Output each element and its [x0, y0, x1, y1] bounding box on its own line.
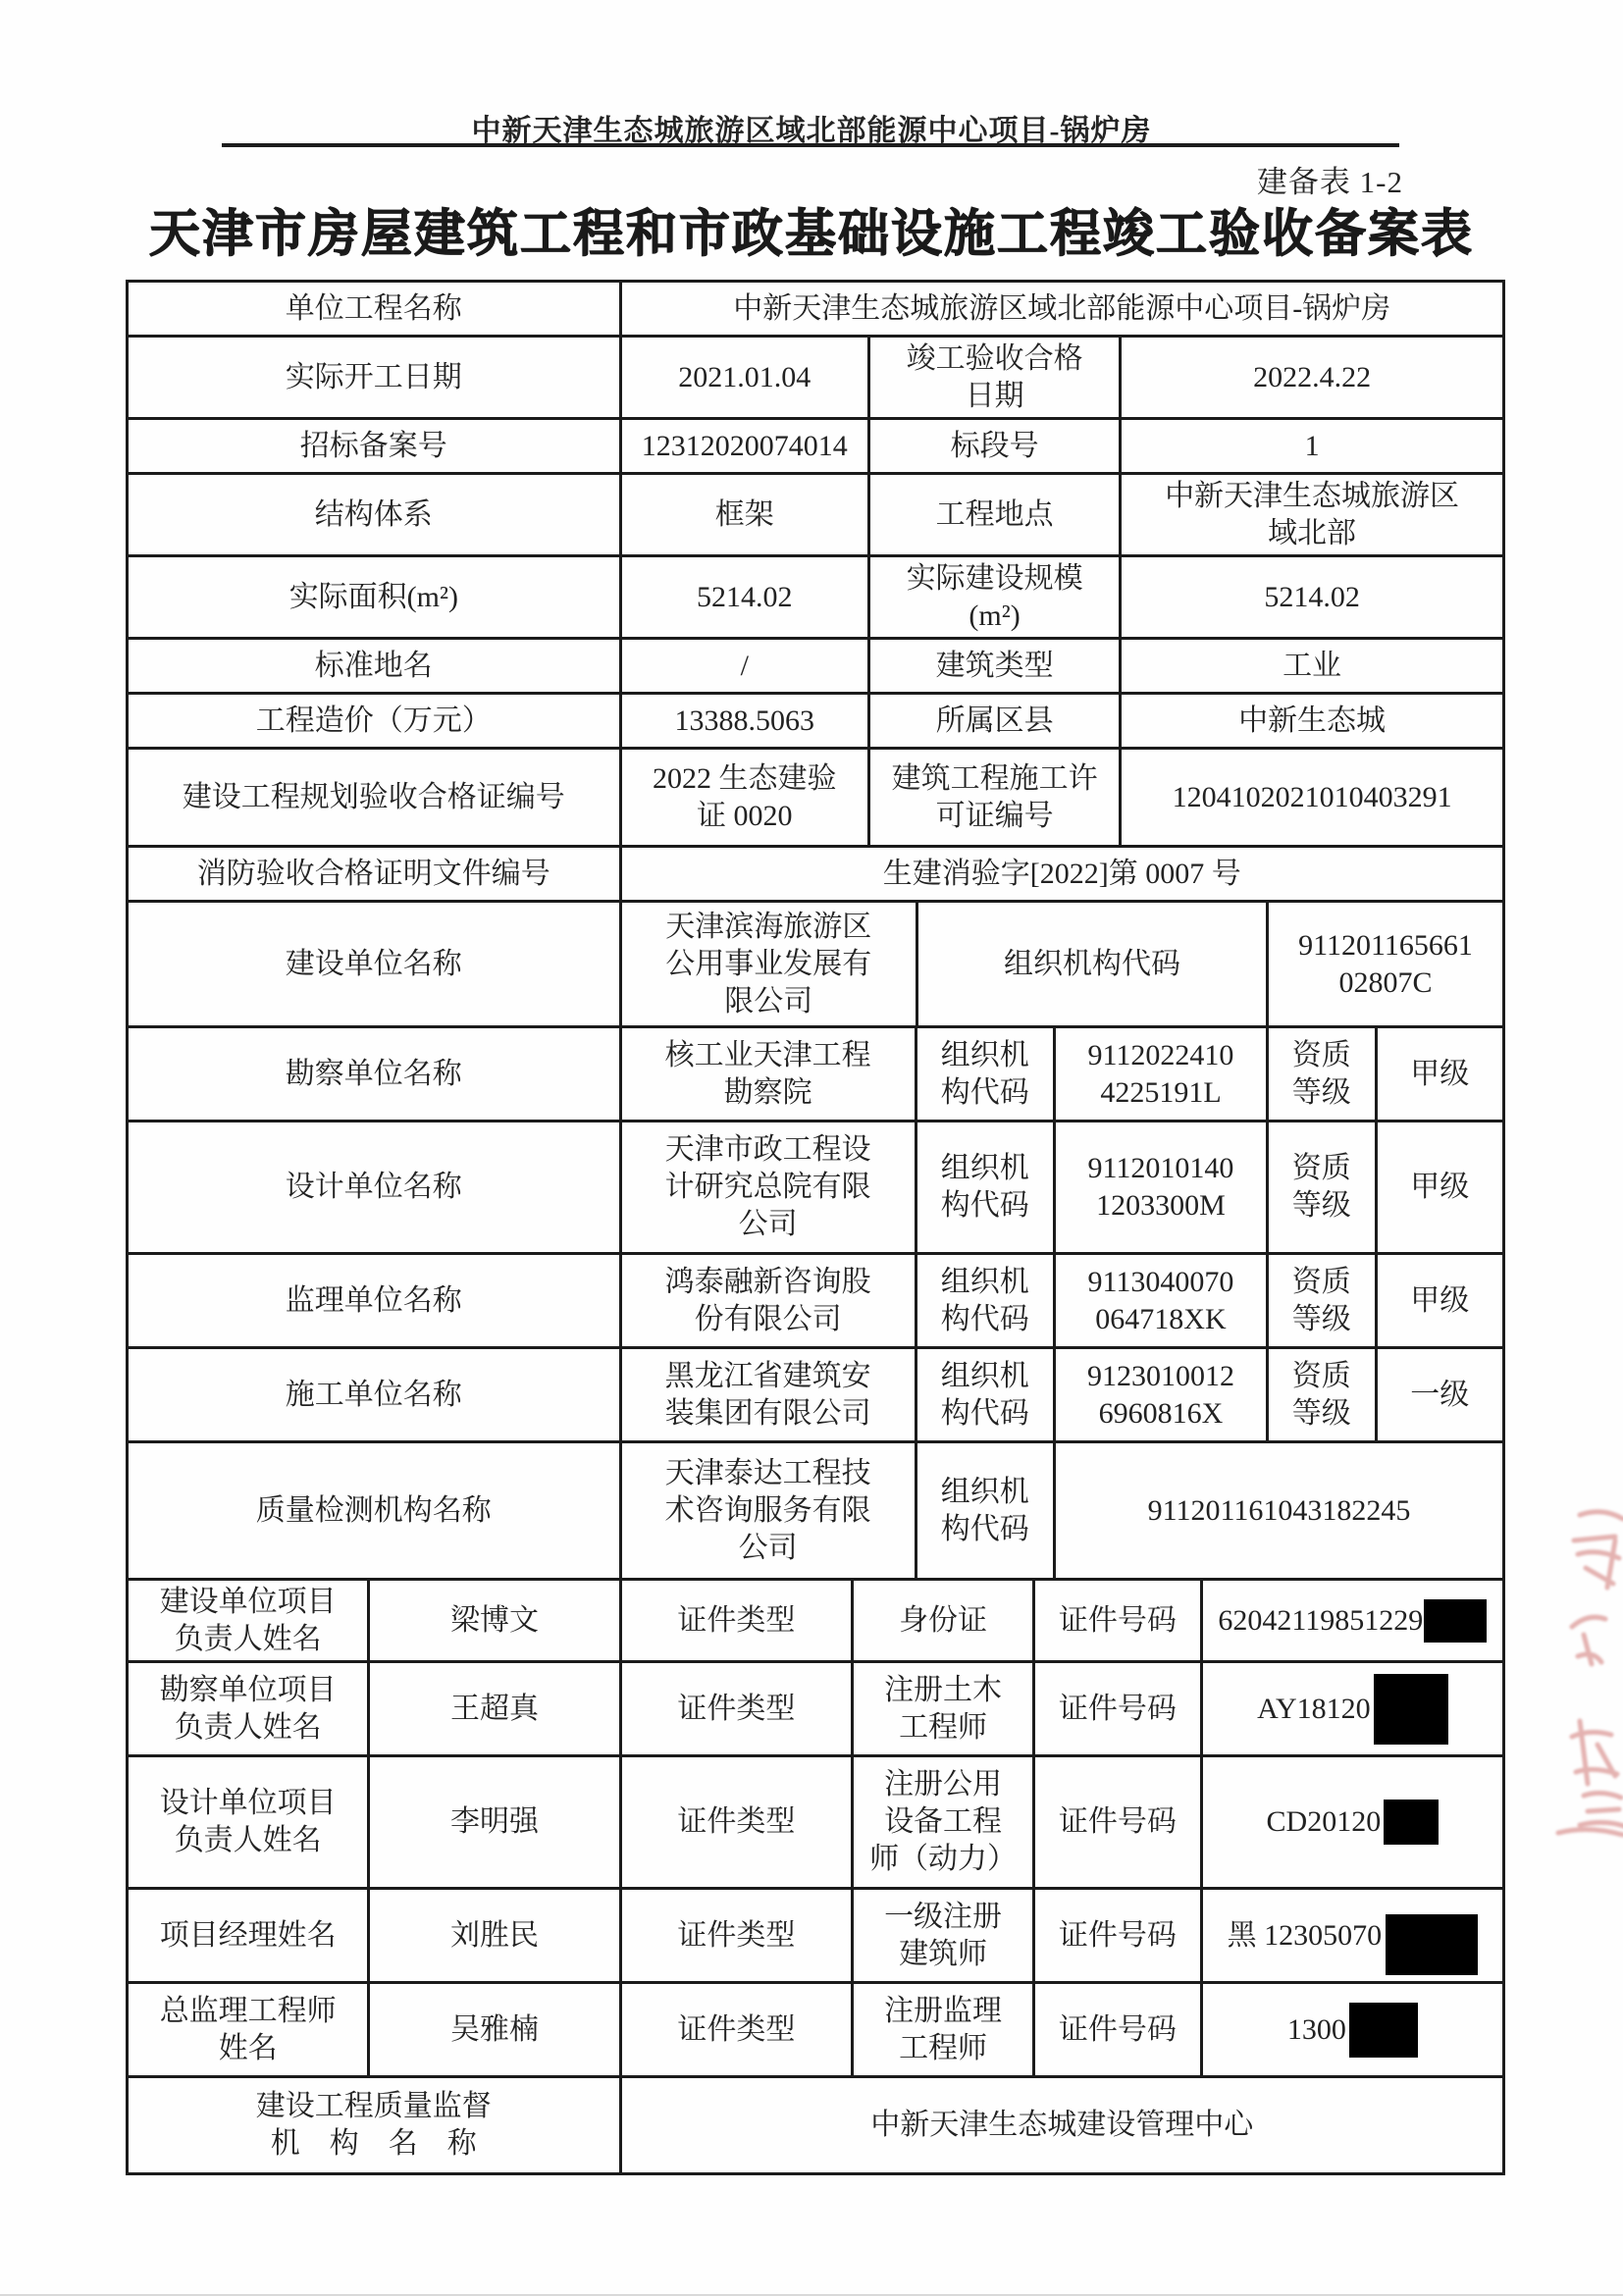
row-label: 实际面积(m²) [129, 557, 622, 637]
row-label: 所属区县 [870, 695, 1122, 747]
row-label: 证件类型 [622, 1890, 855, 1981]
row-label: 实际建设规模 (m²) [870, 557, 1122, 637]
row-label: 证件类型 [622, 1757, 855, 1887]
cell-value: 王超真 [370, 1663, 621, 1754]
row-label: 组织机构代码 [918, 903, 1269, 1025]
cell-value: 5214.02 [622, 557, 870, 637]
row-label: 证件号码 [1035, 1757, 1203, 1887]
row-label: 组织机 构代码 [917, 1443, 1056, 1578]
redaction-box [1384, 1800, 1439, 1845]
cell-value: / [622, 640, 870, 692]
id-number-text: CD20120 [1267, 1803, 1382, 1841]
row-label: 建筑工程施工许 可证编号 [870, 750, 1122, 845]
table-row-client-project-leader: 建设单位项目 负责人姓名 梁博文 证件类型 身份证 证件号码 620421198… [129, 1581, 1502, 1663]
cell-value: 1204102021010403291 [1122, 750, 1502, 845]
cell-value: 9123010012 6960816X [1056, 1349, 1269, 1440]
cell-value: 甲级 [1378, 1255, 1502, 1346]
cell-value: 中新生态城 [1122, 695, 1502, 747]
table-row-bid-record-no: 招标备案号 12312020074014 标段号 1 [129, 420, 1502, 475]
table-row-construction-client-unit: 建设单位名称 天津滨海旅游区 公用事业发展有 限公司 组织机构代码 911201… [129, 903, 1502, 1028]
id-number-text: 黑 12305070 [1228, 1917, 1383, 1955]
row-label: 勘察单位名称 [129, 1028, 622, 1120]
row-label: 建设单位名称 [129, 903, 622, 1025]
row-label: 建设单位项目 负责人姓名 [129, 1581, 370, 1660]
cell-value: 黑龙江省建筑安 装集团有限公司 [622, 1349, 917, 1440]
cell-value: 中新天津生态城旅游区 域北部 [1122, 475, 1502, 554]
table-row-construction-unit: 施工单位名称 黑龙江省建筑安 装集团有限公司 组织机 构代码 912301001… [129, 1349, 1502, 1443]
row-label: 资质 等级 [1269, 1255, 1378, 1346]
row-label: 资质 等级 [1269, 1349, 1378, 1440]
cell-value: 天津市政工程设 计研究总院有限 公司 [622, 1122, 917, 1252]
cell-value: 12312020074014 [622, 420, 870, 472]
row-label: 工程造价（万元） [129, 695, 622, 747]
cell-value: 鸿泰融新咨询股 份有限公司 [622, 1255, 917, 1346]
cell-value: 中新天津生态城旅游区域北部能源中心项目-锅炉房 [622, 283, 1502, 335]
row-label: 组织机 构代码 [917, 1028, 1056, 1120]
scanned-document-page: 中新天津生态城旅游区域北部能源中心项目-锅炉房 建备表 1-2 天津市房屋建筑工… [0, 0, 1623, 2296]
cell-value: 梁博文 [370, 1581, 621, 1660]
cell-value: 天津泰达工程技 术咨询服务有限 公司 [622, 1443, 917, 1578]
cell-value: 2022 生态建验 证 0020 [622, 750, 870, 845]
table-row-structure-system: 结构体系 框架 工程地点 中新天津生态城旅游区 域北部 [129, 475, 1502, 557]
table-row-actual-area: 实际面积(m²) 5214.02 实际建设规模 (m²) 5214.02 [129, 557, 1502, 640]
row-label: 证件类型 [622, 1581, 855, 1660]
row-label: 组织机 构代码 [917, 1349, 1056, 1440]
row-label: 设计单位名称 [129, 1122, 622, 1252]
row-label: 证件号码 [1035, 1890, 1203, 1981]
row-label: 项目经理姓名 [129, 1890, 370, 1981]
table-row-standard-place-name: 标准地名 / 建筑类型 工业 [129, 640, 1502, 695]
id-number-text: AY18120 [1257, 1691, 1371, 1728]
cell-value: 2021.01.04 [622, 338, 870, 417]
redaction-box [1386, 1914, 1478, 1975]
document-title: 天津市房屋建筑工程和市政基础设施工程竣工验收备案表 [0, 192, 1623, 266]
cell-value: 一级 [1378, 1349, 1502, 1440]
cell-id-number: 62042119851229 [1203, 1581, 1502, 1660]
cell-value: 9112022410 4225191L [1056, 1028, 1269, 1120]
table-row-project-cost: 工程造价（万元） 13388.5063 所属区县 中新生态城 [129, 695, 1502, 750]
table-row-project-manager: 项目经理姓名 刘胜民 证件类型 一级注册 建筑师 证件号码 黑 12305070 [129, 1890, 1502, 1984]
id-number-text: 1300 [1287, 2011, 1346, 2049]
row-label: 结构体系 [129, 475, 622, 554]
row-label: 标段号 [870, 420, 1122, 472]
cell-id-number: 黑 12305070 [1203, 1890, 1502, 1981]
redaction-box [1424, 1599, 1487, 1643]
header-underline [222, 143, 1399, 147]
cell-value: 甲级 [1378, 1028, 1502, 1120]
cell-value: 生建消验字[2022]第 0007 号 [622, 848, 1502, 900]
cell-value: 刘胜民 [370, 1890, 621, 1981]
row-label: 资质 等级 [1269, 1122, 1378, 1252]
row-label: 组织机 构代码 [917, 1122, 1056, 1252]
row-label: 建设工程规划验收合格证编号 [129, 750, 622, 845]
table-row-design-project-leader: 设计单位项目 负责人姓名 李明强 证件类型 注册公用 设备工程 师（动力） 证件… [129, 1757, 1502, 1890]
row-label: 质量检测机构名称 [129, 1443, 622, 1578]
table-row-quality-supervision-org: 建设工程质量监督 机 构 名 称 中新天津生态城建设管理中心 [129, 2078, 1502, 2172]
row-label: 工程地点 [870, 475, 1122, 554]
row-label: 监理单位名称 [129, 1255, 622, 1346]
row-label: 勘察单位项目 负责人姓名 [129, 1663, 370, 1754]
redaction-box [1374, 1674, 1448, 1745]
row-label: 单位工程名称 [129, 283, 622, 335]
table-row-chief-supervision-engineer: 总监理工程师 姓名 吴雅楠 证件类型 注册监理 工程师 证件号码 1300 [129, 1984, 1502, 2078]
cell-value: 13388.5063 [622, 695, 870, 747]
cell-value: 吴雅楠 [370, 1984, 621, 2075]
cell-value: 天津滨海旅游区 公用事业发展有 限公司 [622, 903, 918, 1025]
cell-value: 工业 [1122, 640, 1502, 692]
row-label: 施工单位名称 [129, 1349, 622, 1440]
row-label: 实际开工日期 [129, 338, 622, 417]
table-row-supervision-unit: 监理单位名称 鸿泰融新咨询股 份有限公司 组织机 构代码 9113040070 … [129, 1255, 1502, 1349]
table-row-start-date: 实际开工日期 2021.01.04 竣工验收合格 日期 2022.4.22 [129, 338, 1502, 420]
redaction-box [1349, 2003, 1418, 2058]
cell-value: 一级注册 建筑师 [854, 1890, 1035, 1981]
table-row-design-unit: 设计单位名称 天津市政工程设 计研究总院有限 公司 组织机 构代码 911201… [129, 1122, 1502, 1255]
cell-value: 李明强 [370, 1757, 621, 1887]
cell-value: 注册监理 工程师 [854, 1984, 1035, 2075]
cell-value: 中新天津生态城建设管理中心 [622, 2078, 1502, 2172]
cell-id-number: 1300 [1203, 1984, 1502, 2075]
table-row-planning-acceptance-cert: 建设工程规划验收合格证编号 2022 生态建验 证 0020 建筑工程施工许 可… [129, 750, 1502, 848]
cell-id-number: CD20120 [1203, 1757, 1502, 1887]
cell-value: 注册公用 设备工程 师（动力） [854, 1757, 1035, 1887]
row-label: 证件号码 [1035, 1984, 1203, 2075]
cell-value: 1 [1122, 420, 1502, 472]
table-row-quality-inspection-org: 质量检测机构名称 天津泰达工程技 术咨询服务有限 公司 组织机 构代码 9112… [129, 1443, 1502, 1581]
cell-value: 2022.4.22 [1122, 338, 1502, 417]
cell-id-number: AY18120 [1203, 1663, 1502, 1754]
filing-form-table: 单位工程名称 中新天津生态城旅游区域北部能源中心项目-锅炉房 实际开工日期 20… [126, 280, 1505, 2175]
cell-value: 甲级 [1378, 1122, 1502, 1252]
cell-value: 身份证 [854, 1581, 1035, 1660]
row-label: 建筑类型 [870, 640, 1122, 692]
cell-value: 9112010140 1203300M [1056, 1122, 1269, 1252]
row-label: 总监理工程师 姓名 [129, 1984, 370, 2075]
row-label: 证件号码 [1035, 1581, 1203, 1660]
cell-value: 注册土木 工程师 [854, 1663, 1035, 1754]
cell-value: 5214.02 [1122, 557, 1502, 637]
table-row-survey-unit: 勘察单位名称 核工业天津工程 勘察院 组织机 构代码 9112022410 42… [129, 1028, 1502, 1122]
row-label: 资质 等级 [1269, 1028, 1378, 1120]
cell-value: 核工业天津工程 勘察院 [622, 1028, 917, 1120]
cell-value: 框架 [622, 475, 870, 554]
cell-value: 911201165661 02807C [1269, 903, 1502, 1025]
table-row-fire-acceptance-doc-no: 消防验收合格证明文件编号 生建消验字[2022]第 0007 号 [129, 848, 1502, 903]
row-label: 证件类型 [622, 1663, 855, 1754]
row-label: 组织机 构代码 [917, 1255, 1056, 1346]
row-label: 竣工验收合格 日期 [870, 338, 1122, 417]
cell-value: 9113040070 064718XK [1056, 1255, 1269, 1346]
table-row-unit-project-name: 单位工程名称 中新天津生态城旅游区域北部能源中心项目-锅炉房 [129, 283, 1502, 338]
table-row-survey-project-leader: 勘察单位项目 负责人姓名 王超真 证件类型 注册土木 工程师 证件号码 AY18… [129, 1663, 1502, 1757]
row-label: 设计单位项目 负责人姓名 [129, 1757, 370, 1887]
row-label: 标准地名 [129, 640, 622, 692]
cell-value: 911201161043182245 [1056, 1443, 1502, 1578]
row-label: 消防验收合格证明文件编号 [129, 848, 622, 900]
red-stamp-fragment [1529, 1489, 1623, 1843]
row-label: 招标备案号 [129, 420, 622, 472]
id-number-text: 62042119851229 [1218, 1602, 1423, 1640]
row-label: 证件类型 [622, 1984, 855, 2075]
row-label: 建设工程质量监督 机 构 名 称 [129, 2078, 622, 2172]
row-label: 证件号码 [1035, 1663, 1203, 1754]
